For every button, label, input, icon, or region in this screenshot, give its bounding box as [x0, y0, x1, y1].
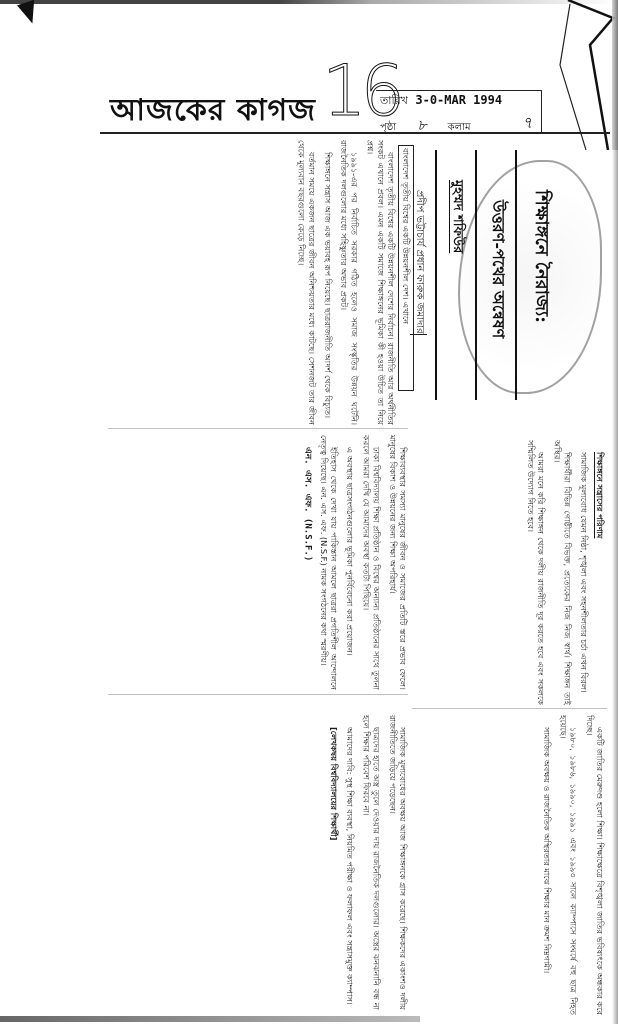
paragraph: ১৯৯১-এর পর নির্বাচিত সরকার গঠিত হলেও সমা…: [339, 140, 359, 425]
headline-subtitle: উত্তরণ-পথের অন্বেষণ: [485, 200, 512, 338]
paragraph: আমরা মনে করি শিক্ষাঙ্গন থেকে দলীয় রাজনী…: [526, 440, 546, 705]
article-column-3: সামাজিক মূল্যবোধের অবক্ষয় আজ শিক্ষাঙ্গন…: [108, 715, 408, 1010]
stamp-date-value: 3-0-MAR 1994: [415, 93, 502, 107]
paragraph: ঢাকা বিশ্ববিদ্যালয় শিক্ষা প্রতিষ্ঠান ও …: [361, 435, 381, 690]
boxed-intro: বাংলাদেশ তৃতীয় বিশ্বের একটি উন্নয়নশীল …: [398, 145, 414, 391]
scan-edge-bottom: [0, 1016, 420, 1022]
paragraph: সামাজিক অবক্ষয় ও রাজনৈতিক অস্থিরতার মাঝ…: [542, 715, 552, 1015]
paragraph: শিক্ষাব্যবস্থার সমস্যা মানুষের জীবন ও সম…: [388, 435, 408, 690]
paragraph: বর্তমান সময়ে একজন ছাত্রের জীবন অনিশ্চয়…: [296, 140, 316, 425]
headline-author: মুহম্মদ শফিউর: [446, 180, 467, 253]
newspaper-masthead: আজকের কাগজ: [110, 86, 316, 137]
column-divider: [108, 694, 408, 695]
folded-corner-icon: [558, 0, 618, 150]
nsf-reference: এন. এস. এফ. (N.S.F.): [302, 435, 312, 690]
scan-edge-right: [612, 0, 618, 1024]
article-column-4: শিক্ষাঙ্গনে সন্ত্রাসের পরিণাম সামাজিক মূ…: [415, 440, 605, 705]
paragraph: ছাত্রদের হাতে অস্ত্র তুলে দেওয়ার দায় র…: [361, 715, 381, 1010]
stamp-page-row: পৃষ্ঠা ৮ কলাম: [380, 114, 471, 138]
stamp-date-row: তারিখ 3-0-MAR 1994: [380, 92, 502, 111]
paragraph: ইতিহাস থেকে দেখা যায় পাকিস্তান আমলে ছাত…: [319, 435, 339, 690]
paragraph: ১৯৮০, ১৯৮৬, ১৯৯০, ১৯৯১ এবং ১৯৯৩ সালে ক্য…: [558, 715, 578, 1015]
paragraph: শিক্ষাঙ্গনে সন্ত্রাস আজ এক ভয়াবহ রূপ নি…: [323, 140, 333, 425]
headline-rule: [475, 150, 477, 400]
headline-block: শিক্ষাঙ্গনে নৈরাজ্য: উত্তরণ-পথের অন্বেষণ…: [410, 140, 600, 400]
stamp-date-label: তারিখ: [380, 94, 408, 107]
article-column-2: শিক্ষাব্যবস্থার সমস্যা মানুষের জীবন ও সম…: [108, 435, 408, 690]
masthead-rule: [100, 132, 610, 134]
boxed-intro-text: বাংলাদেশ তৃতীয় বিশ্বের একটি উন্নয়নশীল …: [401, 148, 411, 324]
headline-title: শিক্ষাঙ্গনে নৈরাজ্য:: [525, 190, 556, 323]
column-divider: [108, 428, 408, 429]
paragraph: একটি জাতির মেরুদণ্ড হলো শিক্ষা। শিক্ষাক্…: [585, 715, 605, 1015]
column-divider: [412, 708, 607, 709]
article-column-1: বাংলাদেশ তৃতীয় বিশ্বের একটি উন্নয়নশীল …: [108, 140, 396, 425]
article-column-5: একটি জাতির মেরুদণ্ড হলো শিক্ষা। শিক্ষাক্…: [415, 715, 605, 1015]
headline-rule: [515, 150, 517, 400]
paragraph: সামাজিক মূল্যবোধের অবক্ষয় আজ শিক্ষাঙ্গন…: [388, 715, 408, 1010]
paragraph: এ অবস্থায় ছাত্রসংগঠনগুলোর ভূমিকা পুনর্ব…: [345, 435, 355, 690]
scan-edge-top: [0, 0, 618, 4]
paragraph: সামাজিক মূল্যবোধ যেমন নিষ্ঠা, শৃঙ্খলা এব…: [579, 440, 589, 705]
paragraph: বাংলাদেশ তৃতীয় বিশ্বের একটি উন্নয়নশীল …: [365, 140, 396, 425]
author-note: [লেখকদ্বয় বিশ্ববিদ্যালয়ের শিক্ষার্থী]: [329, 715, 339, 1010]
headline-rule: [435, 150, 437, 400]
paragraph: শিক্ষার্থীরা বিভিন্ন গোষ্ঠীতে বিভক্ত, প্…: [552, 440, 572, 705]
paragraph: আমাদের দাবি: সুস্থ শিক্ষা ব্যবস্থা, নিয়…: [345, 715, 355, 1010]
sub-heading: শিক্ষাঙ্গনে সন্ত্রাসের পরিণাম: [595, 440, 605, 705]
